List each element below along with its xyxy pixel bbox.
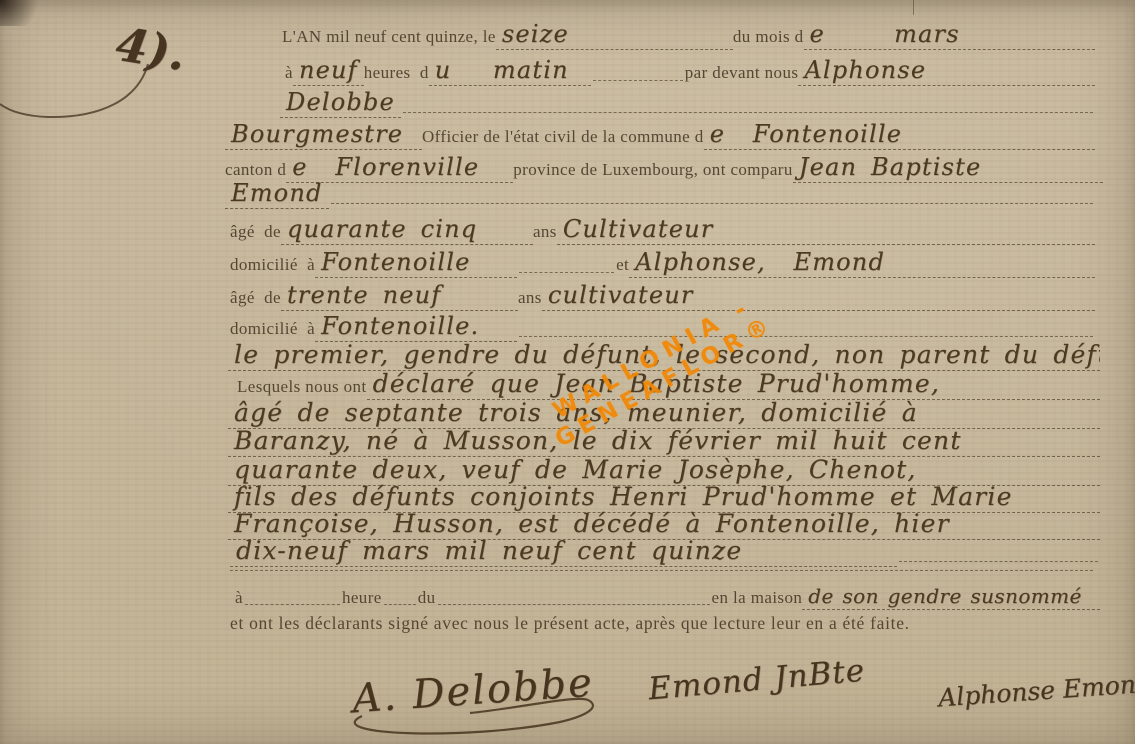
printed-text: du [418,588,436,608]
handwritten-domicile: Fontenoille. [315,312,517,342]
handwritten-domicile: Fontenoille [315,248,517,278]
handwritten-day: seize [496,20,733,50]
scan-dark-corner [0,0,46,26]
printed-text: province de Luxembourg, ont comparu [513,160,792,180]
blank-rule [331,203,1093,204]
form-line-declarant2-age: âgé de trente neuf ans cultivateur [230,281,1095,311]
printed-text: Lesquels nous ont [237,377,367,397]
signature-officer: A. Delobbe [351,660,595,723]
form-line-declaration: Lesquels nous ont déclaré que Jean Bapti… [237,369,1100,400]
blank-rule [245,604,340,605]
printed-text: heure [342,588,382,608]
handwritten-period: u matin [429,56,591,86]
printed-text: âgé de [230,288,281,308]
death-record-scan: 4). L'AN mil neuf cent quinze, le seize … [0,0,1135,744]
printed-text: âgé de [230,222,281,242]
form-line-deceased-age: âgé de septante trois ans, meunier, domi… [228,398,1100,429]
blank-rule [593,80,683,81]
printed-text: canton d [225,160,286,180]
handwritten-profession: cultivateur [542,281,1095,311]
handwritten-month: e mars [804,20,1095,50]
signature-declarant1: Emond JnBte [647,653,867,708]
signature-declarant2: Alphonse Emond [937,669,1135,713]
handwritten-age: trente neuf [281,281,518,311]
form-line-deceased-birth: Baranzy, né à Musson, le dix février mil… [228,426,1100,457]
handwritten-officer-firstname: Alphonse [798,56,1095,86]
printed-text: à [285,63,293,83]
printed-text: et ont les déclarants signé avec nous le… [230,613,910,634]
handwritten-house: de son gendre susnommé [802,584,1100,610]
printed-text: ans [518,288,542,308]
printed-text: L'AN mil neuf cent quinze, le [282,27,496,47]
handwritten-relationship: le premier, gendre du défunt, le second,… [228,340,1100,371]
handwritten-age: quarante cinq [281,215,533,245]
form-line-officer-name: Delobbe [280,88,1095,118]
blank-rule [519,272,614,273]
printed-text: heures d [364,63,429,83]
form-line-relationship: le premier, gendre du défunt, le second,… [228,340,1100,371]
blank-rule [403,112,1093,113]
form-line-declarant2-domicile: domicilié à Fontenoille. [230,312,1095,342]
form-line-blank [228,560,1095,576]
printed-text: Officier de l'état civil de la commune d [422,127,704,147]
printed-text: domicilié à [230,319,315,339]
printed-text: ans [533,222,557,242]
blank-rule [438,604,710,605]
printed-text: et [616,255,629,275]
form-line-declarant1-surname: Emond [225,179,1095,209]
printed-text: du mois d [733,27,804,47]
act-margin-number: 4). [112,17,189,81]
form-line-death-hour-house: à heure du en la maison de son gendre su… [235,584,1100,610]
handwritten-profession: Cultivateur [557,215,1095,245]
form-line-year-date: L'AN mil neuf cent quinze, le seize du m… [282,20,1095,50]
paper-seam [913,0,914,15]
handwritten-officer-surname: Delobbe [280,88,401,118]
handwritten-surname: Emond [225,179,329,209]
form-line-declarant1-domicile: domicilié à Fontenoille et Alphonse, Emo… [230,248,1095,278]
handwritten-declarant2-name: Alphonse, Emond [629,248,1095,278]
handwritten-text: âgé de septante trois ans, meunier, domi… [228,398,1100,429]
blank-rule [230,570,1093,571]
handwritten-text: Baranzy, né à Musson, le dix février mil… [228,426,1100,457]
blank-rule [519,336,1093,337]
handwritten-declaration: déclaré que Jean Baptiste Prud'homme, [367,369,1100,400]
form-line-closing: et ont les déclarants signé avec nous le… [230,613,1100,634]
printed-text: à [235,588,243,608]
handwritten-commune: e Fontenoille [704,120,1095,150]
printed-text: domicilié à [230,255,315,275]
handwritten-hour: neuf [293,56,364,86]
form-line-declarant1-age: âgé de quarante cinq ans Cultivateur [230,215,1095,245]
blank-rule [384,604,416,605]
form-line-hour-officer: à neuf heures d u matin par devant nous … [285,56,1095,86]
printed-text: par devant nous [685,63,799,83]
handwritten-function: Bourgmestre [225,120,422,150]
form-line-function-commune: Bourgmestre Officier de l'état civil de … [225,120,1095,150]
printed-text: en la maison [712,588,803,608]
